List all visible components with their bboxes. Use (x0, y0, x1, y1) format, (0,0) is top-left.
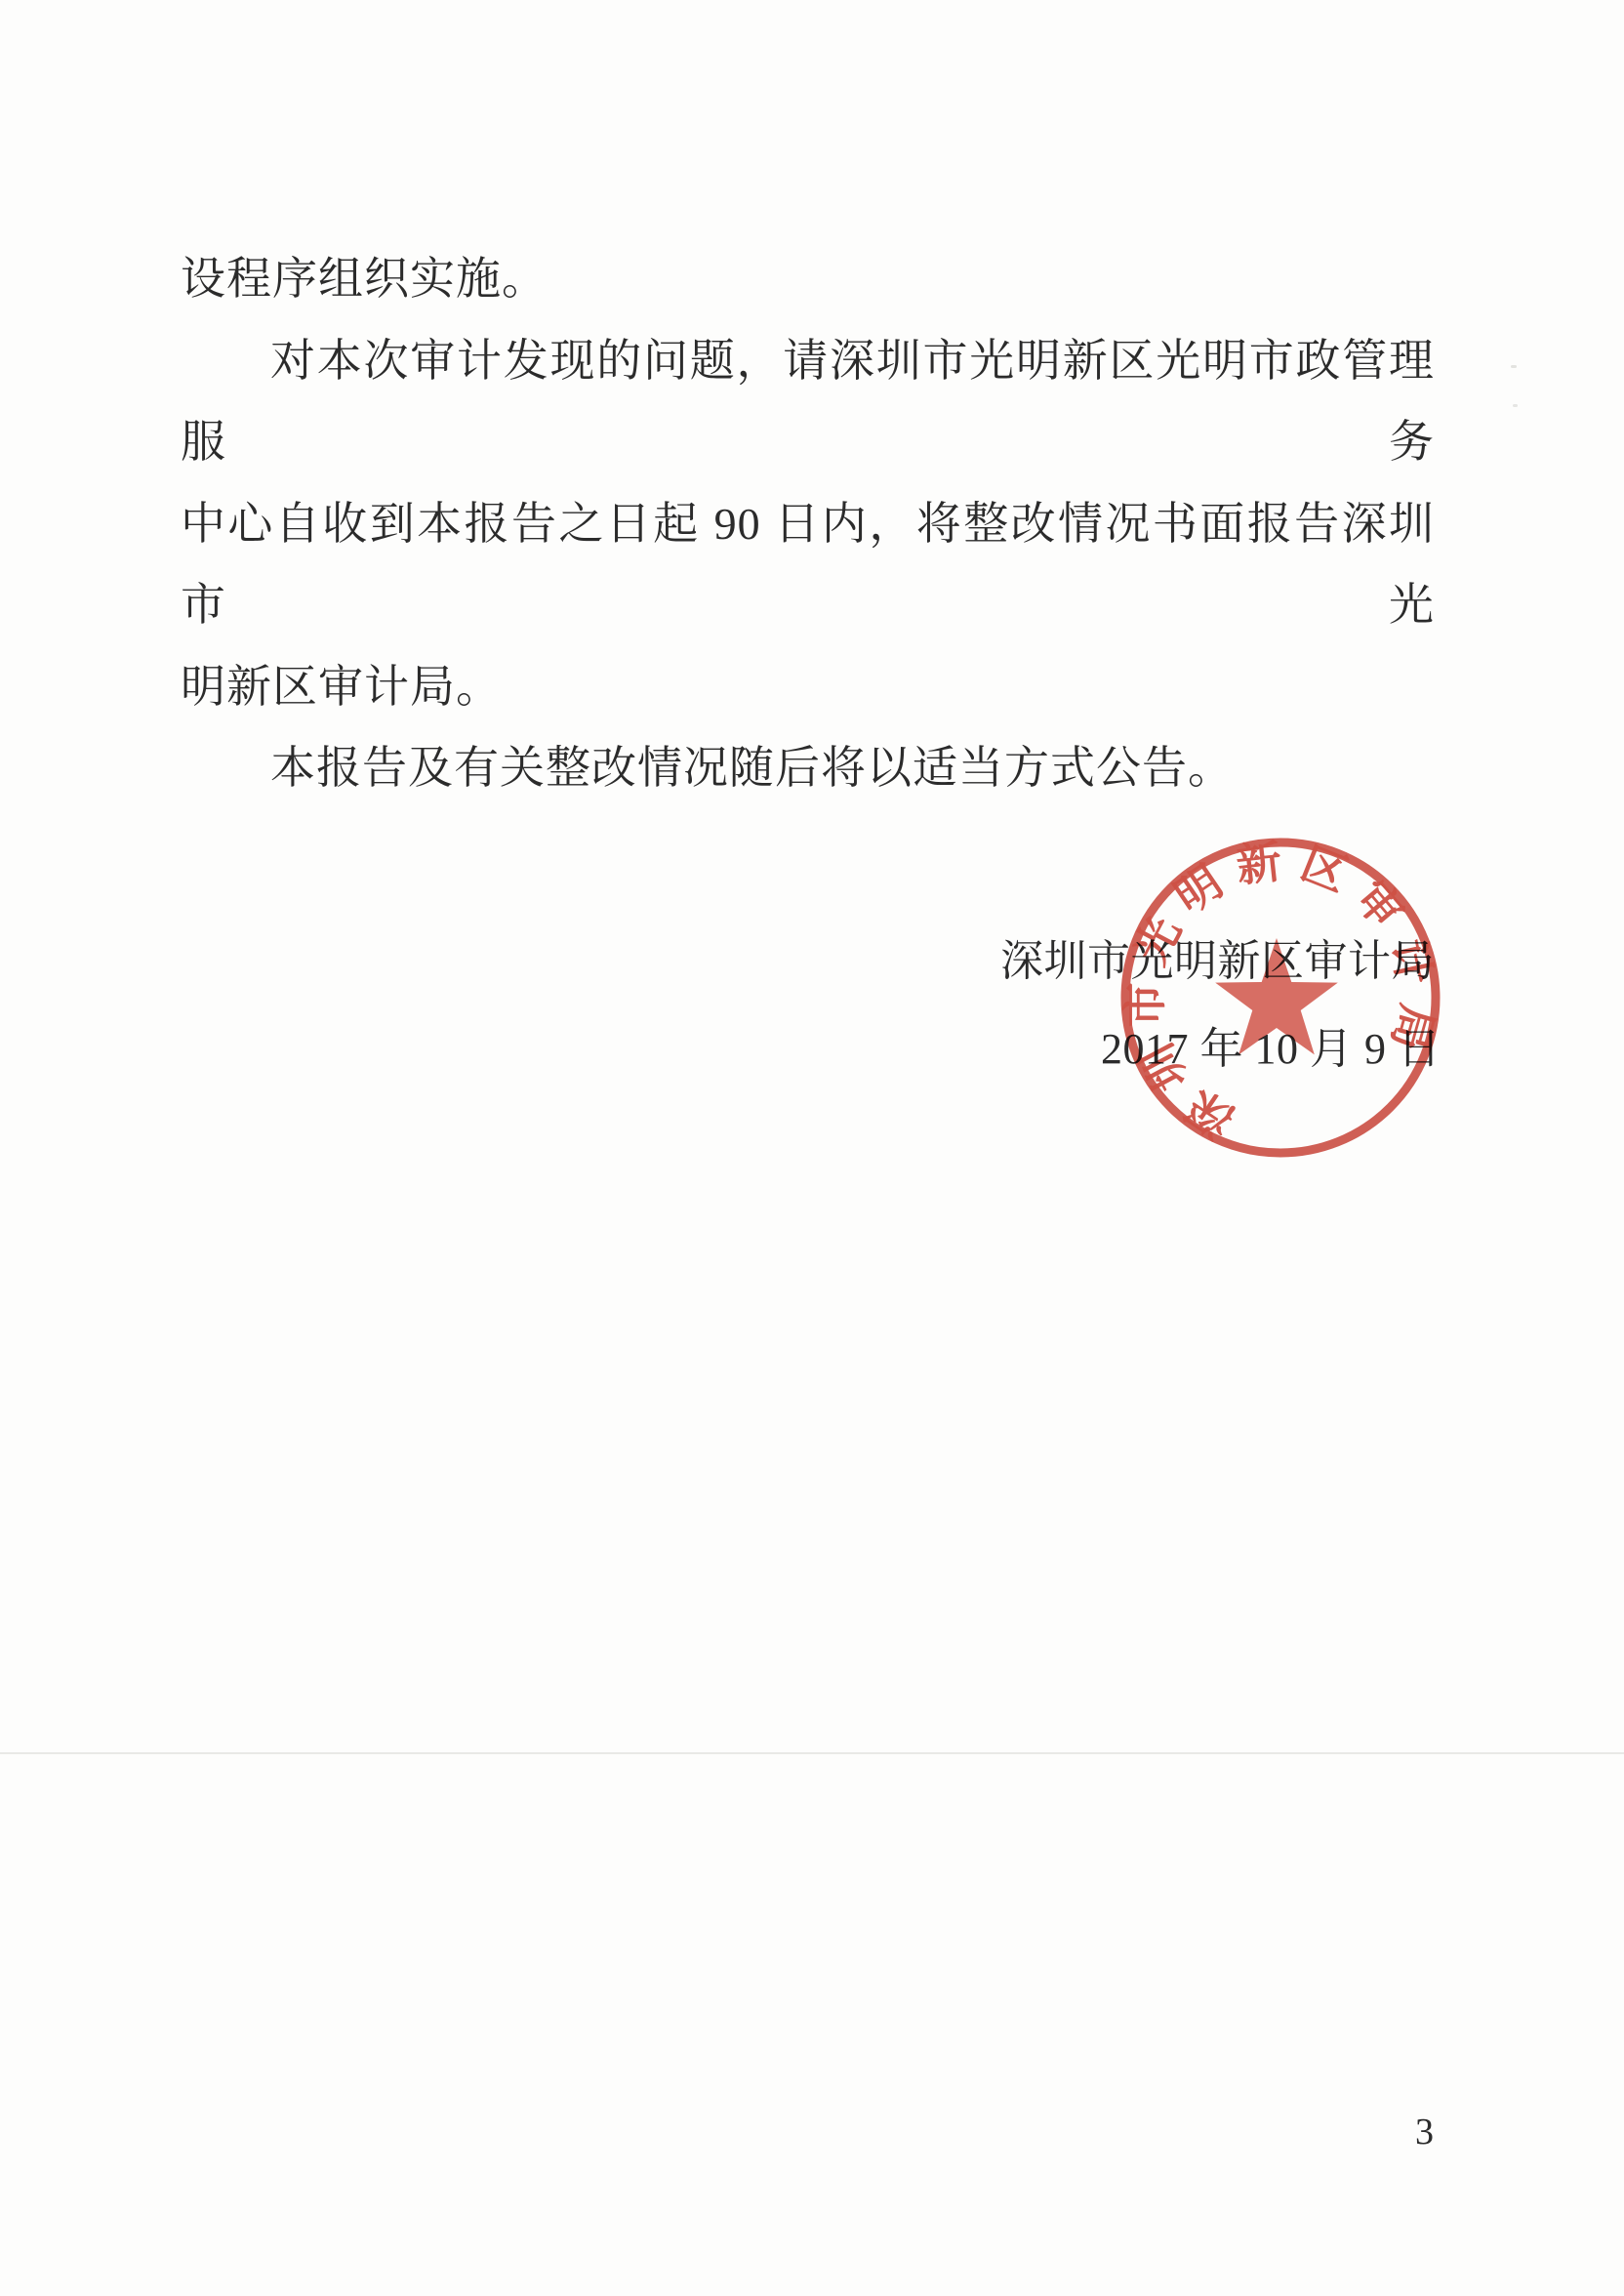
seal-arc-text: 深圳市光明新区审计局 (1120, 836, 1443, 1147)
body-line: 中心自收到本报告之日起 90 日内，将整改情况书面报告深圳市光 (181, 483, 1435, 646)
scan-artifact-speck (1511, 365, 1517, 368)
signature-agency: 深圳市光明新区审计局 (1000, 925, 1435, 988)
body-line: 对本次审计发现的问题，请深圳市光明新区光明市政管理服务 (181, 320, 1435, 483)
document-page: 设程序组织实施。 对本次审计发现的问题，请深圳市光明新区光明市政管理服务 中心自… (0, 0, 1624, 2296)
body-line: 本报告及有关整改情况随后将以适当方式公告。 (181, 727, 1435, 809)
body-line: 明新区审计局。 (181, 646, 1435, 728)
body-line: 设程序组织实施。 (181, 238, 1435, 320)
page-number: 3 (1415, 2111, 1434, 2153)
scan-artifact-line (0, 1752, 1624, 1754)
body-text: 设程序组织实施。 对本次审计发现的问题，请深圳市光明新区光明市政管理服务 中心自… (181, 238, 1435, 809)
scan-artifact-speck (1513, 404, 1518, 407)
official-seal-stamp: 深圳市光明新区审计局 (1115, 832, 1446, 1164)
seal-ring (1125, 842, 1436, 1153)
signature-date: 2017 年 10 月 9 日 (1101, 1013, 1441, 1076)
svg-text:深圳市光明新区审计局: 深圳市光明新区审计局 (1120, 836, 1443, 1147)
